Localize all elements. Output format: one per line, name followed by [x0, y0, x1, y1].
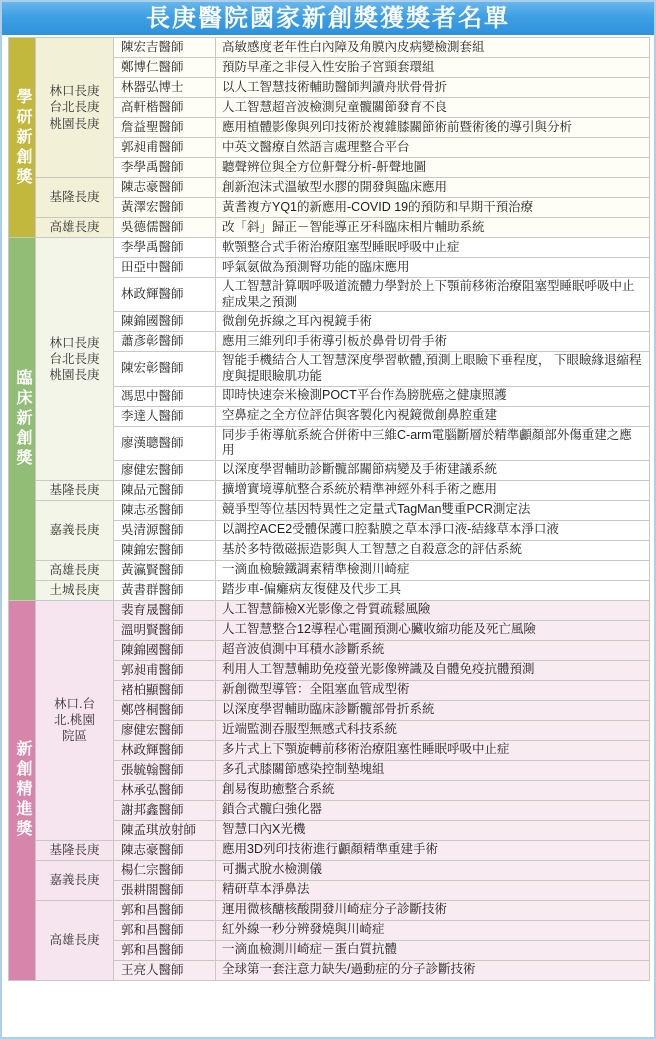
project-cell: 應用3D列印技術進行顱顏精準重建手術 — [216, 840, 650, 860]
project-cell: 即時快速奈米檢測POCT平台作為膀胱癌之健康照護 — [216, 386, 650, 406]
project-cell: 競爭型等位基因特異性之定量式TagMan雙重PCR測定法 — [216, 500, 650, 520]
doctor-name-cell: 郭和昌醫師 — [114, 940, 216, 960]
doctor-name-cell: 林器弘博士 — [114, 78, 216, 98]
project-cell: 全球第一套注意力缺失/過動症的分子診斷技術 — [216, 960, 650, 980]
doctor-name-cell: 林政輝醫師 — [114, 278, 216, 312]
doctor-name-cell: 郭和昌醫師 — [114, 900, 216, 920]
doctor-name-cell: 陳宏彰醫師 — [114, 352, 216, 386]
hospital-cell: 嘉義長庚 — [36, 860, 114, 900]
project-cell: 多片式上下顎旋轉前移術治療阻塞性睡眠呼吸中止症 — [216, 740, 650, 760]
hospital-cell: 高雄長庚 — [36, 218, 114, 238]
doctor-name-cell: 李達人醫師 — [114, 406, 216, 426]
doctor-name-cell: 郭昶甫醫師 — [114, 138, 216, 158]
doctor-name-cell: 李學禹醫師 — [114, 158, 216, 178]
doctor-name-cell: 鄭啓桐醫師 — [114, 700, 216, 720]
project-cell: 鎖合式髖臼強化器 — [216, 800, 650, 820]
project-cell: 應用三維列印手術導引板於鼻骨切骨手術 — [216, 332, 650, 352]
doctor-name-cell: 陳錦國醫師 — [114, 312, 216, 332]
hospital-cell: 基隆長庚 — [36, 178, 114, 218]
table-row: 嘉義長庚楊仁宗醫師可攜式脫水檢測儀 — [9, 860, 650, 880]
doctor-name-cell: 郭昶甫醫師 — [114, 660, 216, 680]
project-cell: 擴增實境導航整合系統於精準神經外科手術之應用 — [216, 480, 650, 500]
project-cell: 超音波偵測中耳積水診斷系統 — [216, 640, 650, 660]
hospital-cell: 林口長庚 台北長庚 桃園長庚 — [36, 38, 114, 178]
doctor-name-cell: 馮思中醫師 — [114, 386, 216, 406]
doctor-name-cell: 黃澤宏醫師 — [114, 198, 216, 218]
project-cell: 以人工智慧技術輔助醫師判讀舟狀骨骨折 — [216, 78, 650, 98]
project-cell: 基於多特徵磁振造影與人工智慧之自殺意念的評估系統 — [216, 540, 650, 560]
project-cell: 微創免拆線之耳內視鏡手術 — [216, 312, 650, 332]
project-cell: 多孔式膝關節感染控制墊塊組 — [216, 760, 650, 780]
doctor-name-cell: 李學禹醫師 — [114, 238, 216, 258]
project-cell: 可攜式脫水檢測儀 — [216, 860, 650, 880]
award-cell-academic-research-innovation: 學研新創獎 — [9, 38, 36, 238]
doctor-name-cell: 蕭彥彰醫師 — [114, 332, 216, 352]
table-container: 學研新創獎林口長庚 台北長庚 桃園長庚陳宏吉醫師高敏感度老年性白內障及角膜內皮病… — [2, 35, 654, 985]
hospital-cell: 林口長庚 台北長庚 桃園長庚 — [36, 238, 114, 481]
doctor-name-cell: 陳錦宏醫師 — [114, 540, 216, 560]
doctor-name-cell: 陳志丞醫師 — [114, 500, 216, 520]
doctor-name-cell: 林承弘醫師 — [114, 780, 216, 800]
project-cell: 人工智慧篩檢X光影像之骨質疏鬆風險 — [216, 600, 650, 620]
project-cell: 智能手機結合人工智慧深度學習軟體,預測上眼瞼下垂程度， 下眼瞼緣退縮程度與提眼瞼… — [216, 352, 650, 386]
project-cell: 新創微型導管：全阻塞血管成型術 — [216, 680, 650, 700]
doctor-name-cell: 陳志豪醫師 — [114, 178, 216, 198]
project-cell: 空鼻症之全方位評估與客製化內視鏡微創鼻腔重建 — [216, 406, 650, 426]
page-title: 長庚醫院國家新創獎獲獎者名單 — [146, 7, 510, 31]
doctor-name-cell: 鄭博仁醫師 — [114, 58, 216, 78]
doctor-name-cell: 廖漢聰醫師 — [114, 426, 216, 460]
project-cell: 黃耆複方YQ1的新應用-COVID 19的預防和早期干預治療 — [216, 198, 650, 218]
table-row: 高雄長庚郭和昌醫師運用微核醣核酸開發川崎症分子診斷技術 — [9, 900, 650, 920]
hospital-cell: 高雄長庚 — [36, 900, 114, 980]
hospital-cell: 基隆長庚 — [36, 480, 114, 500]
award-label: 學研新創獎 — [14, 88, 30, 188]
project-cell: 一滴血檢測川崎症－蛋白質抗體 — [216, 940, 650, 960]
project-cell: 呼氣氨做為預測腎功能的臨床應用 — [216, 258, 650, 278]
doctor-name-cell: 張耕閤醫師 — [114, 880, 216, 900]
doctor-name-cell: 溫明賢醫師 — [114, 620, 216, 640]
project-cell: 預防早產之非侵入性安胎子宮頸套環組 — [216, 58, 650, 78]
project-cell: 聽聲辨位與全方位鼾聲分析-鼾聲地圖 — [216, 158, 650, 178]
doctor-name-cell: 黃書群醫師 — [114, 580, 216, 600]
project-cell: 近端監測吞服型無感式科技系統 — [216, 720, 650, 740]
doctor-name-cell: 張毓翰醫師 — [114, 760, 216, 780]
project-cell: 人工智慧計算咽呼吸道流體力學對於上下顎前移術治療阻塞型睡眠呼吸中止症成果之預測 — [216, 278, 650, 312]
hospital-cell: 基隆長庚 — [36, 840, 114, 860]
project-cell: 中英文醫療自然語言處理整合平台 — [216, 138, 650, 158]
project-cell: 運用微核醣核酸開發川崎症分子診斷技術 — [216, 900, 650, 920]
table-row: 基隆長庚陳品元醫師擴增實境導航整合系統於精準神經外科手術之應用 — [9, 480, 650, 500]
hospital-cell: 林口.台 北.桃園 院區 — [36, 600, 114, 840]
table-row: 臨床新創獎林口長庚 台北長庚 桃園長庚李學禹醫師軟顎整合式手術治療阻塞型睡眠呼吸… — [9, 238, 650, 258]
doctor-name-cell: 黃瀛賢醫師 — [114, 560, 216, 580]
hospital-cell: 高雄長庚 — [36, 560, 114, 580]
doctor-name-cell: 高軒楷醫師 — [114, 98, 216, 118]
table-row: 基隆長庚陳志豪醫師創新泡沫式溫敏型水膠的開發與臨床應用 — [9, 178, 650, 198]
doctor-name-cell: 田亞中醫師 — [114, 258, 216, 278]
table-row: 嘉義長庚陳志丞醫師競爭型等位基因特異性之定量式TagMan雙重PCR測定法 — [9, 500, 650, 520]
doctor-name-cell: 陳孟琪放射師 — [114, 820, 216, 840]
table-row: 基隆長庚陳志豪醫師應用3D列印技術進行顱顏精準重建手術 — [9, 840, 650, 860]
doctor-name-cell: 詹益聖醫師 — [114, 118, 216, 138]
project-cell: 應用植體影像與列印技術於複雜膝關節術前暨術後的導引與分析 — [216, 118, 650, 138]
project-cell: 精研草本淨鼻法 — [216, 880, 650, 900]
project-cell: 踏步車-偏癱病友復健及代步工具 — [216, 580, 650, 600]
doctor-name-cell: 吳清源醫師 — [114, 520, 216, 540]
awards-table-body: 學研新創獎林口長庚 台北長庚 桃園長庚陳宏吉醫師高敏感度老年性白內障及角膜內皮病… — [9, 38, 650, 981]
award-label: 新創精進獎 — [14, 740, 30, 840]
award-cell-innovation-improvement: 新創精進獎 — [9, 600, 36, 980]
doctor-name-cell: 廖健宏醫師 — [114, 720, 216, 740]
project-cell: 軟顎整合式手術治療阻塞型睡眠呼吸中止症 — [216, 238, 650, 258]
page: 長庚醫院國家新創獎獲獎者名單 學研新創獎林口長庚 台北長庚 桃園長庚陳宏吉醫師高… — [0, 0, 656, 1039]
project-cell: 創易復助癒整合系統 — [216, 780, 650, 800]
doctor-name-cell: 王亮人醫師 — [114, 960, 216, 980]
project-cell: 同步手術導航系統合併術中三維C-arm電腦斷層於精準顱顏部外傷重建之應用 — [216, 426, 650, 460]
project-cell: 人工智慧超音波檢測兒童髖關節發育不良 — [216, 98, 650, 118]
doctor-name-cell: 楊仁宗醫師 — [114, 860, 216, 880]
award-label: 臨床新創獎 — [14, 369, 30, 469]
hospital-cell: 土城長庚 — [36, 580, 114, 600]
project-cell: 一滴血檢驗鐵調素精準檢測川崎症 — [216, 560, 650, 580]
doctor-name-cell: 郭和昌醫師 — [114, 920, 216, 940]
doctor-name-cell: 裴育晟醫師 — [114, 600, 216, 620]
doctor-name-cell: 謝邦鑫醫師 — [114, 800, 216, 820]
doctor-name-cell: 廖健宏醫師 — [114, 460, 216, 480]
table-row: 高雄長庚黃瀛賢醫師一滴血檢驗鐵調素精準檢測川崎症 — [9, 560, 650, 580]
doctor-name-cell: 陳志豪醫師 — [114, 840, 216, 860]
project-cell: 以調控ACE2受體保護口腔黏膜之草本淨口液-結緣草本淨口液 — [216, 520, 650, 540]
project-cell: 紅外線一秒分辨發燒與川崎症 — [216, 920, 650, 940]
doctor-name-cell: 林政輝醫師 — [114, 740, 216, 760]
doctor-name-cell: 陳宏吉醫師 — [114, 38, 216, 58]
doctor-name-cell: 褚柏顯醫師 — [114, 680, 216, 700]
project-cell: 以深度學習輔助診斷髖部關節病變及手術建議系統 — [216, 460, 650, 480]
project-cell: 智慧口內X光機 — [216, 820, 650, 840]
project-cell: 以深度學習輔助臨床診斷髖部骨折系統 — [216, 700, 650, 720]
project-cell: 創新泡沫式溫敏型水膠的開發與臨床應用 — [216, 178, 650, 198]
doctor-name-cell: 陳品元醫師 — [114, 480, 216, 500]
table-row: 高雄長庚吳德儒醫師改「斜」歸正－智能導正牙科臨床相片輔助系統 — [9, 218, 650, 238]
hospital-cell: 嘉義長庚 — [36, 500, 114, 560]
project-cell: 改「斜」歸正－智能導正牙科臨床相片輔助系統 — [216, 218, 650, 238]
doctor-name-cell: 陳錦國醫師 — [114, 640, 216, 660]
project-cell: 人工智慧整合12導程心電圖預測心臟收縮功能及死亡風險 — [216, 620, 650, 640]
table-row: 土城長庚黃書群醫師踏步車-偏癱病友復健及代步工具 — [9, 580, 650, 600]
doctor-name-cell: 吳德儒醫師 — [114, 218, 216, 238]
awards-table: 學研新創獎林口長庚 台北長庚 桃園長庚陳宏吉醫師高敏感度老年性白內障及角膜內皮病… — [8, 37, 650, 981]
project-cell: 高敏感度老年性白內障及角膜內皮病變檢測套組 — [216, 38, 650, 58]
table-row: 學研新創獎林口長庚 台北長庚 桃園長庚陳宏吉醫師高敏感度老年性白內障及角膜內皮病… — [9, 38, 650, 58]
table-row: 新創精進獎林口.台 北.桃園 院區裴育晟醫師人工智慧篩檢X光影像之骨質疏鬆風險 — [9, 600, 650, 620]
project-cell: 利用人工智慧輔助免疫螢光影像辨識及自體免疫抗體預測 — [216, 660, 650, 680]
title-bar: 長庚醫院國家新創獎獲獎者名單 — [2, 2, 654, 35]
award-cell-clinical-innovation: 臨床新創獎 — [9, 238, 36, 601]
